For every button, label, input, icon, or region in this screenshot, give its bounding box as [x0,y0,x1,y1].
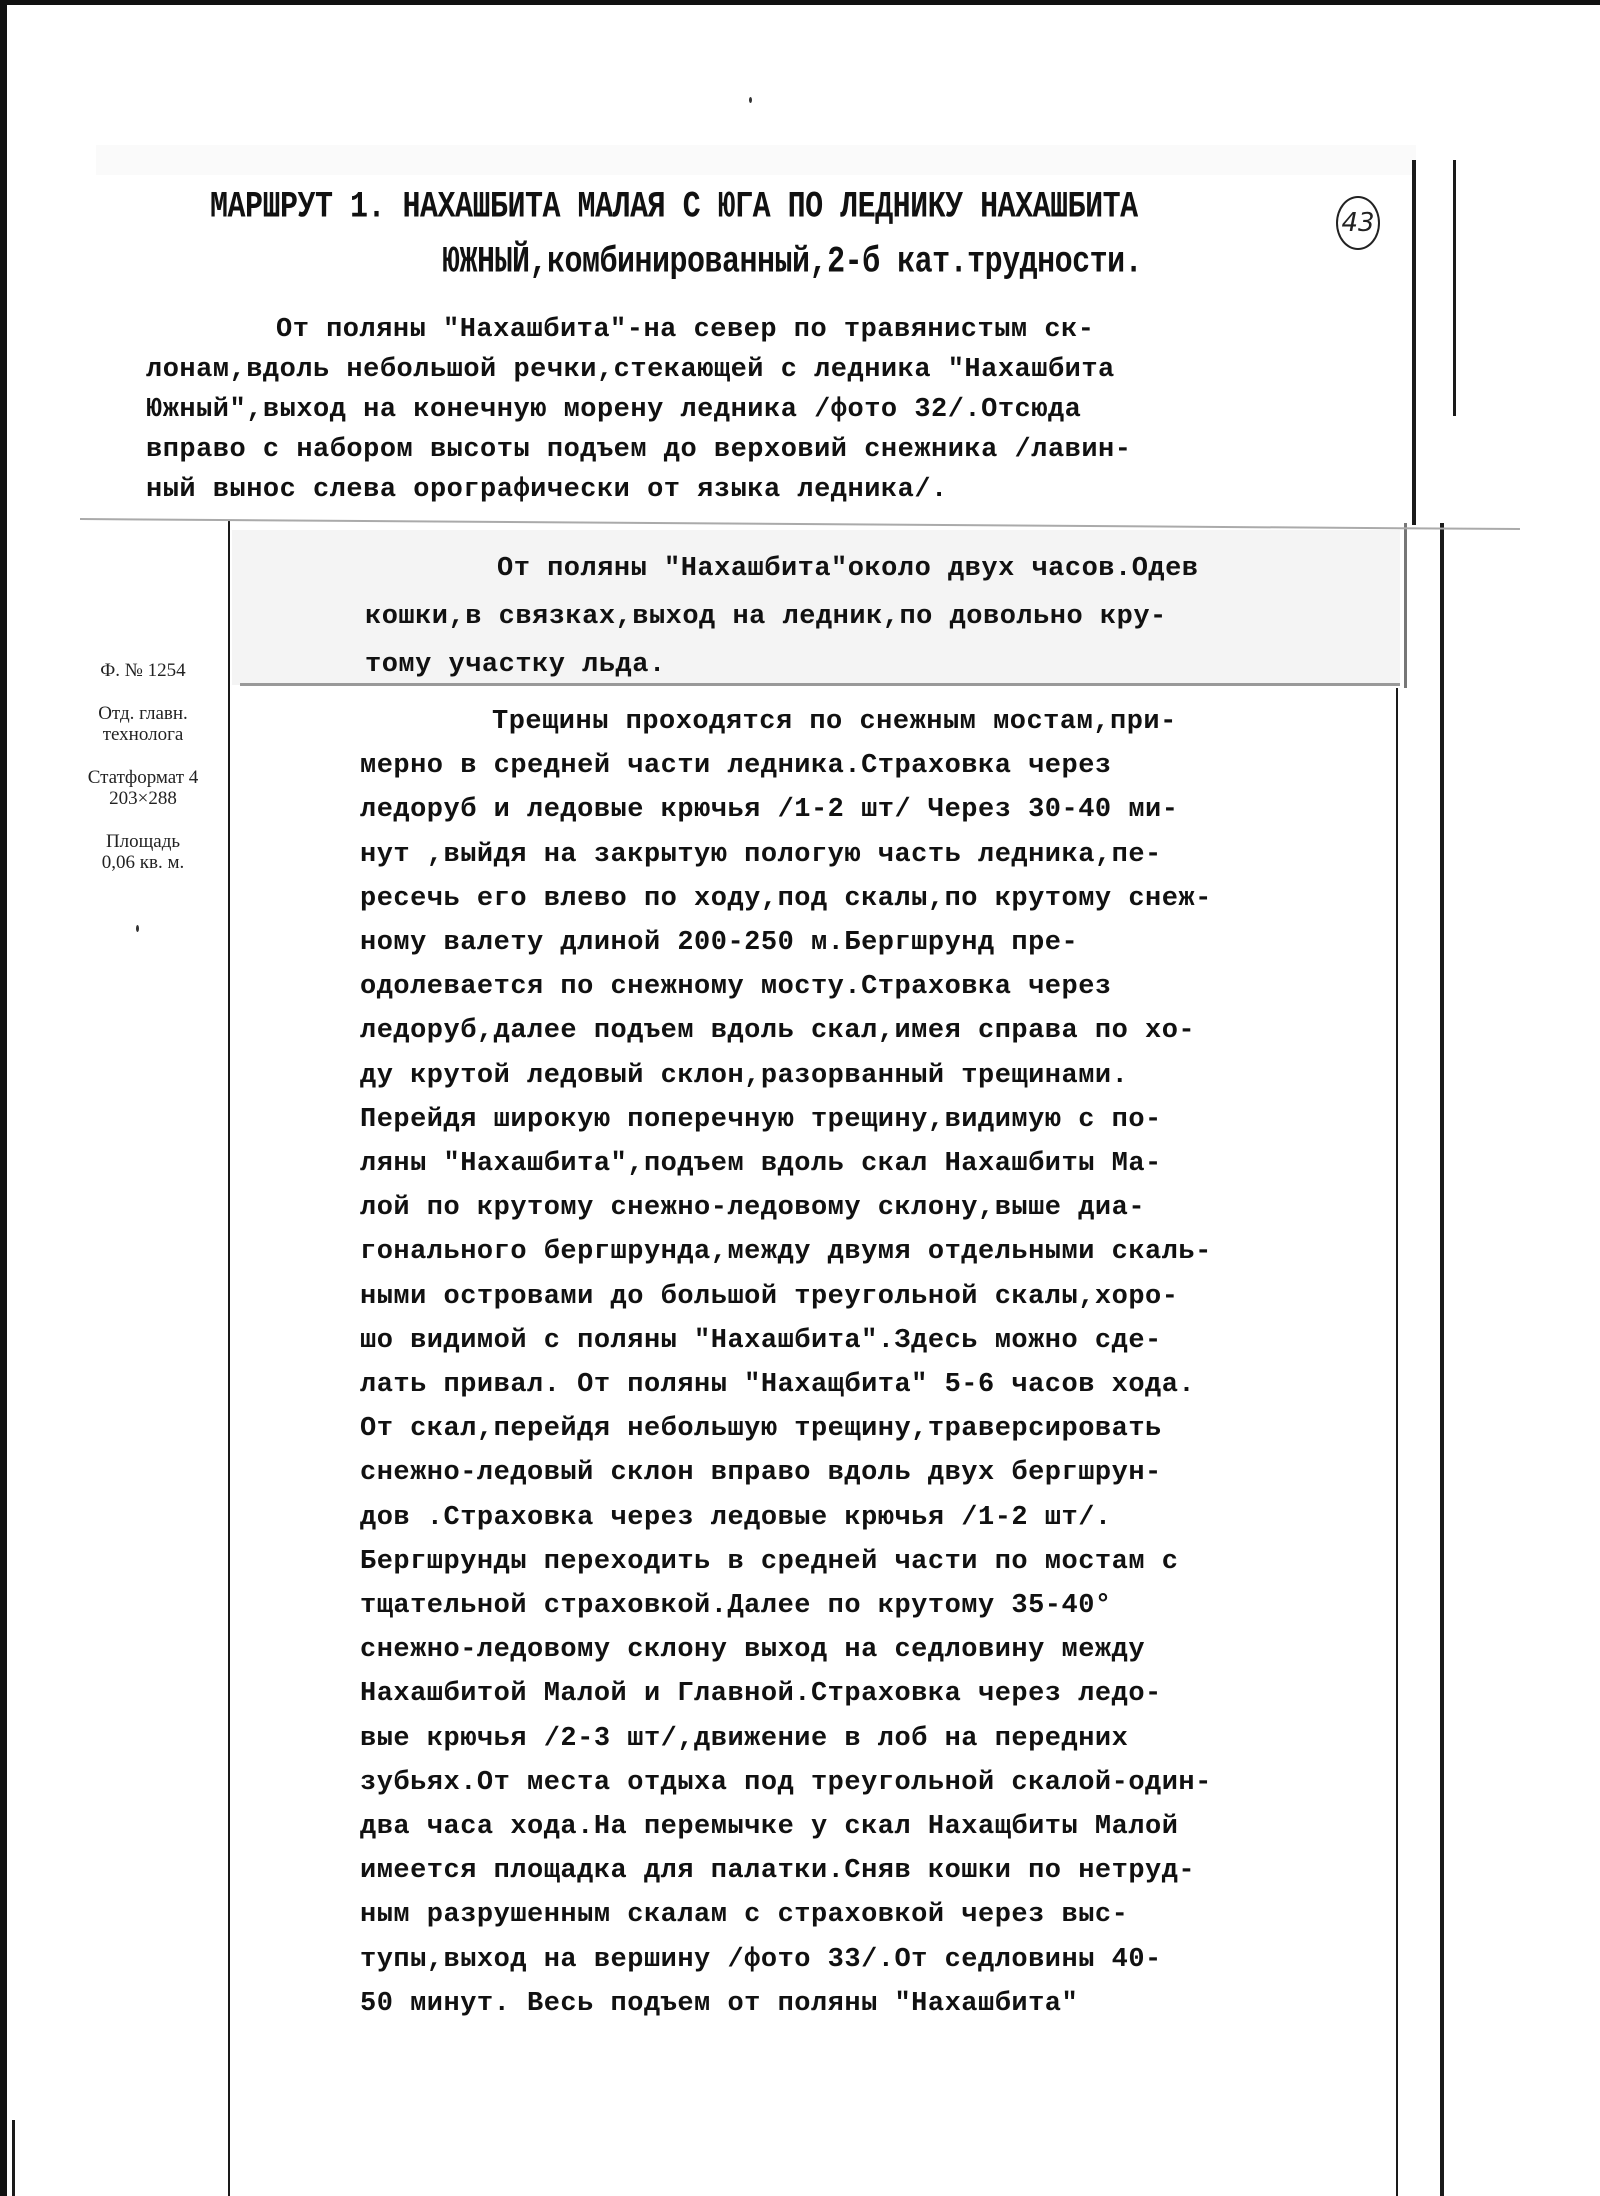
text-line: От поляны "Нахашбита"-на север по травян… [146,310,1131,350]
area-line-2: 0,06 кв. м. [58,852,228,873]
route-title: МАРШРУТ 1. НАХАШБИТА МАЛАЯ С ЮГА ПО ЛЕДН… [210,180,1370,290]
text-line: 50 минут. Весь подъем от поляны "Нахашби… [360,1982,1212,2026]
text-line: ледоруб,далее подъем вдоль скал,имея спр… [360,1009,1212,1053]
text-line: ному валету длиной 200-250 м.Бергшрунд п… [360,921,1212,965]
scan-edge-top [0,0,1600,5]
strip-edge [80,518,1520,530]
text-line: одолевается по снежному мосту.Страховка … [360,965,1212,1009]
text-line: ный вынос слева орографически от языка л… [146,470,1131,510]
text-line: ляны "Нахашбита",подъем вдоль скал Нахаш… [360,1142,1212,1186]
paragraph-route-description: Трещины проходятся по снежным мостам,при… [360,700,1212,2026]
frame-line [1396,688,1398,2196]
photocopy-strip [96,145,1416,175]
text-line: шо видимой с поляны "Нахашбита".Здесь мо… [360,1319,1212,1363]
format-line-1: Статформат 4 [58,767,228,788]
paragraph-approach: От поляны "Нахашбита"-на север по травян… [146,310,1131,510]
text-line: тому участку льда. [365,641,1199,689]
text-line: Перейдя широкую поперечную трещину,видим… [360,1098,1212,1142]
text-line: ным разрушенным скалам с страховкой чере… [360,1893,1212,1937]
frame-line [1404,523,1407,688]
department-line-2: технолога [58,724,228,745]
text-line: снежно-ледовый склон вправо вдоль двух б… [360,1451,1212,1495]
text-line: зубьях.От места отдыха под треугольной с… [360,1761,1212,1805]
text-line: лонам,вдоль небольшой речки,стекающей с … [146,350,1131,390]
text-line: ресечь его влево по ходу,под скалы,по кр… [360,877,1212,921]
frame-line [1412,160,1416,525]
text-line: снежно-ледовому склону выход на седловин… [360,1628,1212,1672]
text-line: Нахашбитой Малой и Главной.Страховка чер… [360,1672,1212,1716]
form-number: Ф. № 1254 [58,660,228,681]
text-line: гонального бергшрунда,между двумя отдель… [360,1230,1212,1274]
scan-speck [749,97,752,103]
text-line: Южный",выход на конечную морену ледника … [146,390,1131,430]
text-line: От поляны "Нахашбита"около двух часов.Од… [365,545,1199,593]
format-line-2: 203×288 [58,788,228,809]
form-stamp: Ф. № 1254 Отд. главн. технолога Статформ… [58,660,228,895]
text-line: два часа хода.На перемычке у скал Нахащб… [360,1805,1212,1849]
text-line: вправо с набором высоты подъем до верхов… [146,430,1131,470]
frame-line [1440,523,1444,2196]
text-line: имеется площадка для палатки.Сняв кошки … [360,1849,1212,1893]
paragraph-glacier-entry: От поляны "Нахашбита"около двух часов.Од… [365,545,1199,689]
text-line: лой по крутому снежно-ледовому склону,вы… [360,1186,1212,1230]
margin-line [228,520,230,2196]
text-line: Трещины проходятся по снежным мостам,при… [360,700,1212,744]
title-line-1: МАРШРУТ 1. НАХАШБИТА МАЛАЯ С ЮГА ПО ЛЕДН… [210,180,1370,235]
text-line: вые крючья /2-3 шт/,движение в лоб на пе… [360,1717,1212,1761]
text-line: тупы,выход на вершину /фото 33/.От седло… [360,1938,1212,1982]
page-number-circle: 43 [1336,196,1380,250]
text-line: тщательной страховкой.Далее по крутому 3… [360,1584,1212,1628]
text-line: кошки,в связках,выход на ледник,по довол… [365,593,1199,641]
text-line: ду крутой ледовый склон,разорванный трещ… [360,1054,1212,1098]
text-line: мерно в средней части ледника.Страховка … [360,744,1212,788]
area-line-1: Площадь [58,831,228,852]
department-line-1: Отд. главн. [58,703,228,724]
text-line: нут ,выйдя на закрытую пологую часть лед… [360,833,1212,877]
title-line-2: ЮЖНЫЙ,комбинированный,2-б кат.трудности. [210,235,1370,290]
text-line: лать привал. От поляны "Нахащбита" 5-6 ч… [360,1363,1212,1407]
frame-line [1453,160,1456,416]
text-line: дов .Страховка через ледовые крючья /1-2… [360,1496,1212,1540]
scan-speck [136,925,139,932]
text-line: ледоруб и ледовые крючья /1-2 шт/ Через … [360,788,1212,832]
text-line: От скал,перейдя небольшую трещину,травер… [360,1407,1212,1451]
scan-edge-left [0,0,7,2196]
scan-edge-left-bottom [12,2120,15,2196]
text-line: Бергшрунды переходить в средней части по… [360,1540,1212,1584]
text-line: ными островами до большой треугольной ск… [360,1275,1212,1319]
